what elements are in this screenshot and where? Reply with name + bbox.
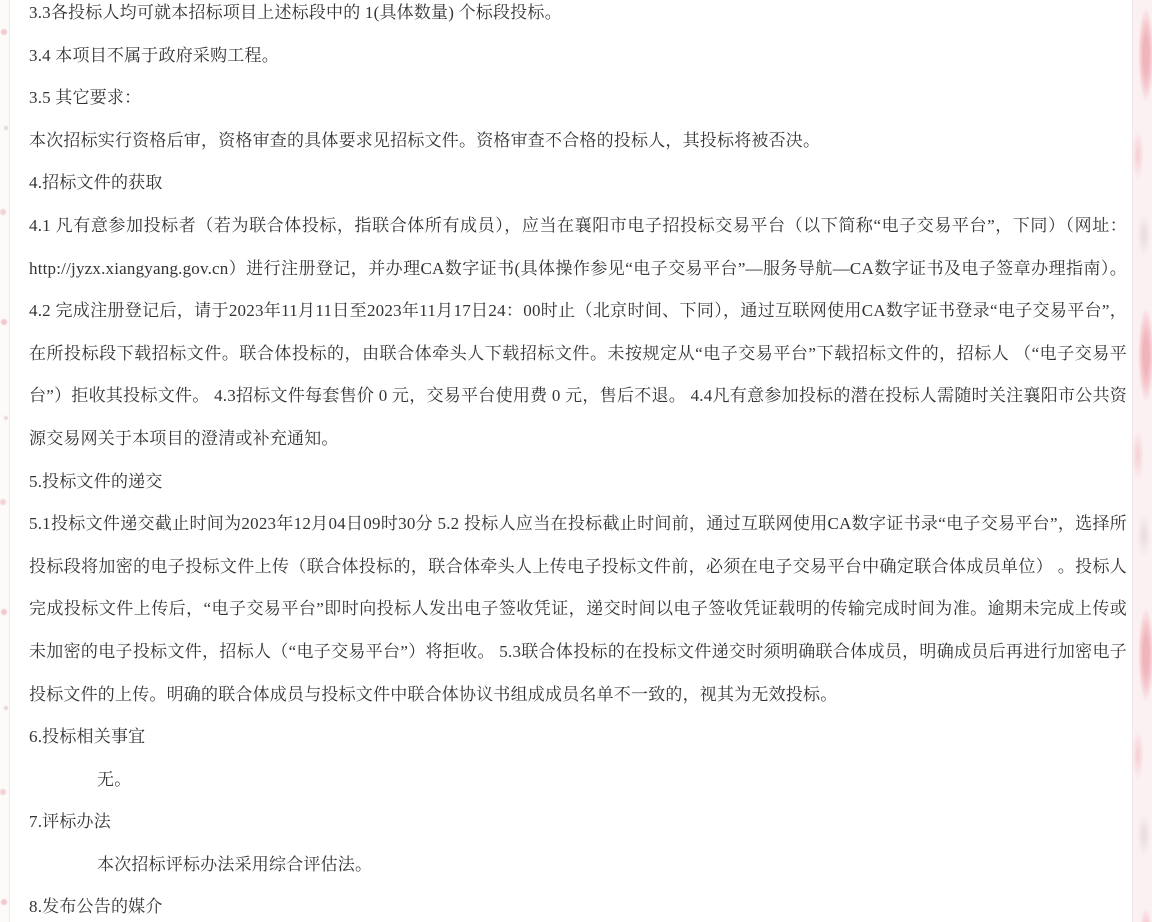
section-6-title: 6.投标相关事宜 <box>29 716 1127 759</box>
document-body: 3.3各投标人均可就本招标项目上述标段中的 1(具体数量) 个标段投标。 3.4… <box>9 0 1132 922</box>
clause-3-3: 3.3各投标人均可就本招标项目上述标段中的 1(具体数量) 个标段投标。 <box>29 0 1127 35</box>
section-5-title: 5.投标文件的递交 <box>29 461 1127 504</box>
section-7-content: 本次招标评标办法采用综合评估法。 <box>29 844 1127 887</box>
left-border-pattern <box>0 0 9 922</box>
qualification-review-note: 本次招标实行资格后审，资格审查的具体要求见招标文件。资格审查不合格的投标人，其投… <box>29 120 1127 163</box>
clause-4-1-to-4-4: 4.1 凡有意参加投标者（若为联合体投标，指联合体所有成员），应当在襄阳市电子招… <box>29 205 1127 461</box>
tender-notice-page: 3.3各投标人均可就本招标项目上述标段中的 1(具体数量) 个标段投标。 3.4… <box>0 0 1152 922</box>
clause-3-4: 3.4 本项目不属于政府采购工程。 <box>29 35 1127 78</box>
tender-notice-text: 3.3各投标人均可就本招标项目上述标段中的 1(具体数量) 个标段投标。 3.4… <box>29 0 1127 922</box>
section-7-title: 7.评标办法 <box>29 801 1127 844</box>
section-8-title: 8.发布公告的媒介 <box>29 886 1127 922</box>
clause-3-5: 3.5 其它要求： <box>29 77 1127 120</box>
section-6-content: 无。 <box>29 759 1127 802</box>
right-border-pattern <box>1132 0 1152 922</box>
section-4-title: 4.招标文件的获取 <box>29 162 1127 205</box>
clause-5-1-to-5-3: 5.1投标文件递交截止时间为2023年12月04日09时30分 5.2 投标人应… <box>29 503 1127 716</box>
